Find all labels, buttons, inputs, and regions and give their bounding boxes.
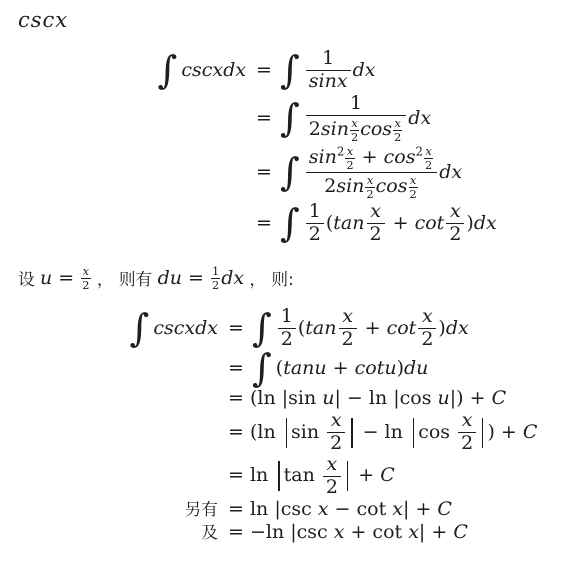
math-text-roman: 2 bbox=[351, 130, 358, 144]
math-text-italic: cscxdx bbox=[181, 60, 246, 82]
superscript: 2 bbox=[415, 145, 423, 159]
cjk-text: 及 bbox=[201, 523, 218, 542]
math-text-roman: ) bbox=[438, 318, 445, 340]
math-text-italic: dx bbox=[439, 162, 462, 184]
math-text-italic: cscxdx bbox=[153, 318, 218, 340]
math-text-italic: C bbox=[523, 422, 538, 444]
equation-row: = ∫(tanu + cotu)du bbox=[18, 351, 563, 387]
math-text-italic: tanu bbox=[283, 358, 326, 380]
equation-row: = ∫sin2x2 + cos2x22sinx2cosx2dx bbox=[18, 145, 563, 200]
fraction-numerator: 1 bbox=[211, 265, 220, 279]
math-text-roman: = bbox=[256, 60, 278, 82]
abs-bar bbox=[286, 418, 287, 448]
math-text-italic: du bbox=[404, 358, 428, 380]
fraction: x2 bbox=[323, 455, 341, 498]
math-text-italic: cot bbox=[415, 213, 445, 235]
math-text-roman: 2 bbox=[370, 223, 382, 245]
math-text-roman: = bbox=[256, 162, 278, 184]
math-text-italic: x bbox=[327, 453, 338, 475]
math-text-roman: + bbox=[352, 465, 380, 487]
math-text-italic: x bbox=[367, 173, 373, 187]
math-text-roman: ( bbox=[276, 358, 283, 380]
equation-rhs: = ∫12sinx2cosx2dx bbox=[256, 94, 431, 143]
equation-rhs: = ∫(tanu + cotu)du bbox=[228, 351, 428, 387]
math-text-italic: du bbox=[158, 267, 182, 289]
equation-rhs: = −ln |csc x + cot x| + C bbox=[228, 522, 468, 544]
fraction: x2 bbox=[327, 411, 345, 454]
math-text-italic: x bbox=[410, 173, 416, 187]
fraction-numerator: x bbox=[458, 411, 476, 433]
math-text-roman: − ln bbox=[357, 422, 409, 444]
math-text-roman: tan bbox=[284, 465, 321, 487]
math-text-roman: 1 bbox=[322, 47, 334, 69]
fraction-denominator: 2 bbox=[278, 329, 296, 350]
math-text-roman: = −ln |csc bbox=[228, 522, 334, 544]
integral-icon: ∫ bbox=[280, 52, 300, 88]
math-text-italic: x bbox=[318, 499, 329, 521]
page-title: cscx bbox=[18, 8, 563, 33]
math-text-roman: = (ln |sin bbox=[228, 388, 322, 410]
fraction-denominator: 2 bbox=[424, 159, 433, 172]
math-text-roman: 2 bbox=[461, 432, 473, 454]
fraction-denominator: 2 bbox=[345, 159, 354, 172]
fraction-numerator: x bbox=[446, 202, 464, 224]
equation-row: ∫cscxdx= ∫12(tanx2 + cotx2)dx bbox=[18, 307, 563, 350]
math-text-italic: x bbox=[351, 116, 357, 130]
integral-icon: ∫ bbox=[130, 310, 150, 346]
fraction-numerator: 1 bbox=[306, 94, 407, 116]
fraction-numerator: x bbox=[323, 455, 341, 477]
math-text-roman: 2 bbox=[82, 278, 89, 292]
math-text-italic: cos bbox=[384, 146, 416, 168]
math-text-italic: dx bbox=[408, 108, 431, 130]
fraction-numerator: sin2x2 + cos2x2 bbox=[306, 145, 437, 173]
integral-icon: ∫ bbox=[158, 52, 178, 88]
fraction-numerator: x bbox=[81, 265, 90, 279]
equation-lhs: 及 bbox=[18, 523, 228, 542]
math-text-italic: sin bbox=[309, 146, 337, 168]
math-text-italic: dx bbox=[446, 318, 469, 340]
math-text-italic: C bbox=[453, 522, 468, 544]
math-text-roman: 2 bbox=[326, 476, 338, 498]
equation-row: = ∫12sinx2cosx2dx bbox=[18, 94, 563, 143]
math-text-roman: | + bbox=[403, 499, 437, 521]
math-text-italic: tan bbox=[305, 318, 336, 340]
fraction-numerator: x bbox=[345, 145, 354, 159]
equation-rhs: = ln |csc x − cot x| + C bbox=[228, 499, 452, 521]
fraction: 12 bbox=[278, 307, 296, 350]
fraction-denominator: 2 bbox=[327, 433, 345, 454]
small-fraction: x2 bbox=[350, 117, 359, 143]
math-text-italic: tan bbox=[333, 213, 364, 235]
small-fraction: x2 bbox=[409, 174, 418, 200]
math-text-roman: 2 bbox=[281, 328, 293, 350]
fraction-numerator: x bbox=[418, 307, 436, 329]
math-text-italic: x bbox=[331, 409, 342, 431]
equation-lhs: ∫cscxdx bbox=[18, 53, 256, 89]
equation-row: = (ln |sin u| − ln |cos u|) + C bbox=[18, 388, 563, 410]
cjk-text: ， 则有 bbox=[92, 266, 158, 290]
math-text-roman: − cot bbox=[329, 499, 393, 521]
math-text-roman: = bbox=[182, 267, 210, 289]
math-text-roman: | − ln |cos bbox=[334, 388, 437, 410]
fraction-denominator: 2 bbox=[350, 131, 359, 144]
math-text-italic: dx bbox=[474, 213, 497, 235]
fraction-denominator: 2 bbox=[458, 433, 476, 454]
equation-row: 及= −ln |csc x + cot x| + C bbox=[18, 522, 563, 544]
fraction-denominator: 2 bbox=[367, 224, 385, 245]
math-text-italic: x bbox=[347, 144, 353, 158]
fraction-denominator: 2 bbox=[409, 188, 418, 201]
derivation-block-1: ∫cscxdx= ∫1sinxdx= ∫12sinx2cosx2dx= ∫sin… bbox=[18, 49, 563, 245]
cjk-text: ， 则: bbox=[244, 266, 294, 290]
math-text-italic: x bbox=[342, 305, 353, 327]
math-text-roman: 2 bbox=[394, 130, 401, 144]
math-text-roman: 1 bbox=[350, 92, 362, 114]
fraction-denominator: sinx bbox=[306, 71, 351, 92]
abs-bar bbox=[413, 418, 414, 448]
math-text-roman: = bbox=[228, 318, 250, 340]
math-text-roman: ) bbox=[466, 213, 473, 235]
fraction-denominator: 2 bbox=[365, 188, 374, 201]
cjk-text: 另有 bbox=[185, 500, 218, 519]
math-text-roman: 2 bbox=[421, 328, 433, 350]
math-text-roman: 2 bbox=[212, 278, 219, 292]
math-text-roman: + bbox=[327, 358, 355, 380]
equation-row: ∫cscxdx= ∫1sinxdx bbox=[18, 49, 563, 92]
fraction-denominator: 2 bbox=[339, 329, 357, 350]
math-text-roman: 2 bbox=[449, 223, 461, 245]
math-text-roman: ) + bbox=[487, 422, 522, 444]
fraction-numerator: 1 bbox=[278, 307, 296, 329]
fraction-numerator: x bbox=[327, 411, 345, 433]
fraction-numerator: 1 bbox=[306, 49, 351, 71]
fraction: 12 bbox=[306, 202, 324, 245]
small-fraction: x2 bbox=[365, 174, 374, 200]
abs-bar bbox=[351, 418, 352, 448]
math-text-roman: ) bbox=[397, 358, 404, 380]
integral-icon: ∫ bbox=[280, 154, 300, 190]
math-text-roman: 2 bbox=[324, 175, 336, 197]
fraction-numerator: x bbox=[424, 145, 433, 159]
math-text-roman: = ln |csc bbox=[228, 499, 318, 521]
math-text-roman: cos bbox=[418, 422, 456, 444]
fraction: x2 bbox=[339, 307, 357, 350]
math-text-roman: ( bbox=[298, 318, 305, 340]
math-text-roman: + bbox=[356, 146, 384, 168]
fraction: 12sinx2cosx2 bbox=[306, 94, 407, 143]
small-fraction: x2 bbox=[81, 265, 90, 291]
math-text-roman: = bbox=[52, 267, 80, 289]
math-text-italic: sin bbox=[336, 175, 364, 197]
integral-icon: ∫ bbox=[280, 205, 300, 241]
integral-icon: ∫ bbox=[252, 350, 272, 386]
fraction-denominator: 2 bbox=[211, 279, 220, 292]
math-text-roman: sin bbox=[291, 422, 325, 444]
math-text-italic: u bbox=[438, 388, 450, 410]
fraction-denominator: 2 bbox=[446, 224, 464, 245]
fraction-numerator: x bbox=[350, 117, 359, 131]
math-text-roman: ( bbox=[326, 213, 333, 235]
math-text-roman: 2 bbox=[330, 432, 342, 454]
math-text-italic: u bbox=[40, 267, 52, 289]
small-fraction: 12 bbox=[211, 265, 220, 291]
math-text-italic: x bbox=[462, 409, 473, 431]
math-text-roman: 2 bbox=[309, 118, 321, 140]
math-text-roman: |) + bbox=[450, 388, 492, 410]
superscript: 2 bbox=[337, 145, 345, 159]
math-text-italic: cotu bbox=[355, 358, 397, 380]
equation-rhs: = ∫12(tanx2 + cotx2)dx bbox=[228, 307, 469, 350]
fraction-denominator: 2 bbox=[393, 131, 402, 144]
math-text-roman: 2 bbox=[346, 158, 353, 172]
equation-rhs: = ∫sin2x2 + cos2x22sinx2cosx2dx bbox=[256, 145, 462, 200]
fraction-denominator: 2 bbox=[418, 329, 436, 350]
substitution-note: 设 u = x2 ， 则有 du = 12dx ， 则: bbox=[18, 265, 563, 291]
math-text-italic: x bbox=[392, 499, 403, 521]
fraction-numerator: x bbox=[339, 307, 357, 329]
math-text-roman: | + bbox=[419, 522, 453, 544]
fraction-numerator: x bbox=[409, 174, 418, 188]
small-fraction: x2 bbox=[393, 117, 402, 143]
equation-rhs: = (ln sin x2 − ln cos x2) + C bbox=[228, 411, 537, 454]
integral-icon: ∫ bbox=[280, 100, 300, 136]
abs-bar bbox=[347, 461, 348, 491]
abs-bar bbox=[482, 418, 483, 448]
math-text-roman: 2 bbox=[366, 187, 373, 201]
fraction: sin2x2 + cos2x22sinx2cosx2 bbox=[306, 145, 437, 200]
math-text-roman: 1 bbox=[212, 264, 219, 278]
math-text-italic: x bbox=[408, 522, 419, 544]
math-text-roman: = (ln bbox=[228, 422, 282, 444]
fraction: x2 bbox=[367, 202, 385, 245]
fraction-numerator: x bbox=[393, 117, 402, 131]
equation-lhs: 另有 bbox=[18, 500, 228, 519]
fraction-numerator: 1 bbox=[306, 202, 324, 224]
math-text-italic: dx bbox=[353, 60, 376, 82]
math-text-italic: sinx bbox=[309, 70, 348, 92]
math-text-italic: sin bbox=[321, 118, 349, 140]
fraction: 1sinx bbox=[306, 49, 351, 92]
math-text-italic: cot bbox=[387, 318, 417, 340]
math-text-italic: cos bbox=[360, 118, 392, 140]
equation-rhs: = ∫1sinxdx bbox=[256, 49, 375, 92]
equation-rhs: = ln tan x2 + C bbox=[228, 455, 395, 498]
derivation-block-2: ∫cscxdx= ∫12(tanx2 + cotx2)dx= ∫(tanu + … bbox=[18, 307, 563, 543]
math-text-italic: dx bbox=[221, 267, 244, 289]
math-text-italic: cos bbox=[376, 175, 408, 197]
fraction-denominator: 2 bbox=[81, 279, 90, 292]
math-text-roman: 2 bbox=[342, 328, 354, 350]
small-fraction: x2 bbox=[424, 145, 433, 171]
math-text-italic: C bbox=[437, 499, 452, 521]
fraction-numerator: x bbox=[365, 174, 374, 188]
fraction-denominator: 2sinx2cosx2 bbox=[306, 116, 407, 143]
math-text-italic: x bbox=[83, 264, 89, 278]
small-fraction: x2 bbox=[345, 145, 354, 171]
equation-row: = ln tan x2 + C bbox=[18, 455, 563, 498]
math-text-italic: x bbox=[425, 144, 431, 158]
math-text-italic: x bbox=[370, 200, 381, 222]
integral-icon: ∫ bbox=[252, 310, 272, 346]
math-text-roman: 1 bbox=[309, 200, 321, 222]
fraction: x2 bbox=[446, 202, 464, 245]
equation-lhs: ∫cscxdx bbox=[18, 311, 228, 347]
math-text-italic: x bbox=[450, 200, 461, 222]
math-text-roman: + bbox=[359, 318, 387, 340]
fraction-denominator: 2 bbox=[323, 477, 341, 498]
equation-rhs: = ∫12(tanx2 + cotx2)dx bbox=[256, 202, 497, 245]
math-text-italic: x bbox=[422, 305, 433, 327]
math-text-italic: x bbox=[334, 522, 345, 544]
math-text-roman: = bbox=[228, 358, 250, 380]
math-text-italic: C bbox=[492, 388, 507, 410]
cjk-text: 设 bbox=[18, 266, 40, 290]
equation-row: 另有= ln |csc x − cot x| + C bbox=[18, 499, 563, 521]
math-text-roman: = bbox=[256, 108, 278, 130]
equation-rhs: = (ln |sin u| − ln |cos u|) + C bbox=[228, 388, 506, 410]
fraction: x2 bbox=[418, 307, 436, 350]
math-text-roman: = ln bbox=[228, 465, 274, 487]
math-text-roman: 2 bbox=[309, 223, 321, 245]
math-text-roman: + bbox=[387, 213, 415, 235]
math-text-italic: C bbox=[380, 465, 395, 487]
equation-row: = ∫12(tanx2 + cotx2)dx bbox=[18, 202, 563, 245]
math-text-roman: = bbox=[256, 213, 278, 235]
math-text-roman: + cot bbox=[344, 522, 408, 544]
fraction: x2 bbox=[458, 411, 476, 454]
fraction-denominator: 2sinx2cosx2 bbox=[306, 173, 437, 200]
fraction-numerator: x bbox=[367, 202, 385, 224]
math-text-roman: 1 bbox=[281, 305, 293, 327]
fraction-denominator: 2 bbox=[306, 224, 324, 245]
math-text-italic: x bbox=[394, 116, 400, 130]
math-text-italic: u bbox=[322, 388, 334, 410]
abs-bar bbox=[278, 461, 279, 491]
equation-row: = (ln sin x2 − ln cos x2) + C bbox=[18, 411, 563, 454]
math-text-roman: 2 bbox=[425, 158, 432, 172]
math-text-roman: 2 bbox=[410, 187, 417, 201]
